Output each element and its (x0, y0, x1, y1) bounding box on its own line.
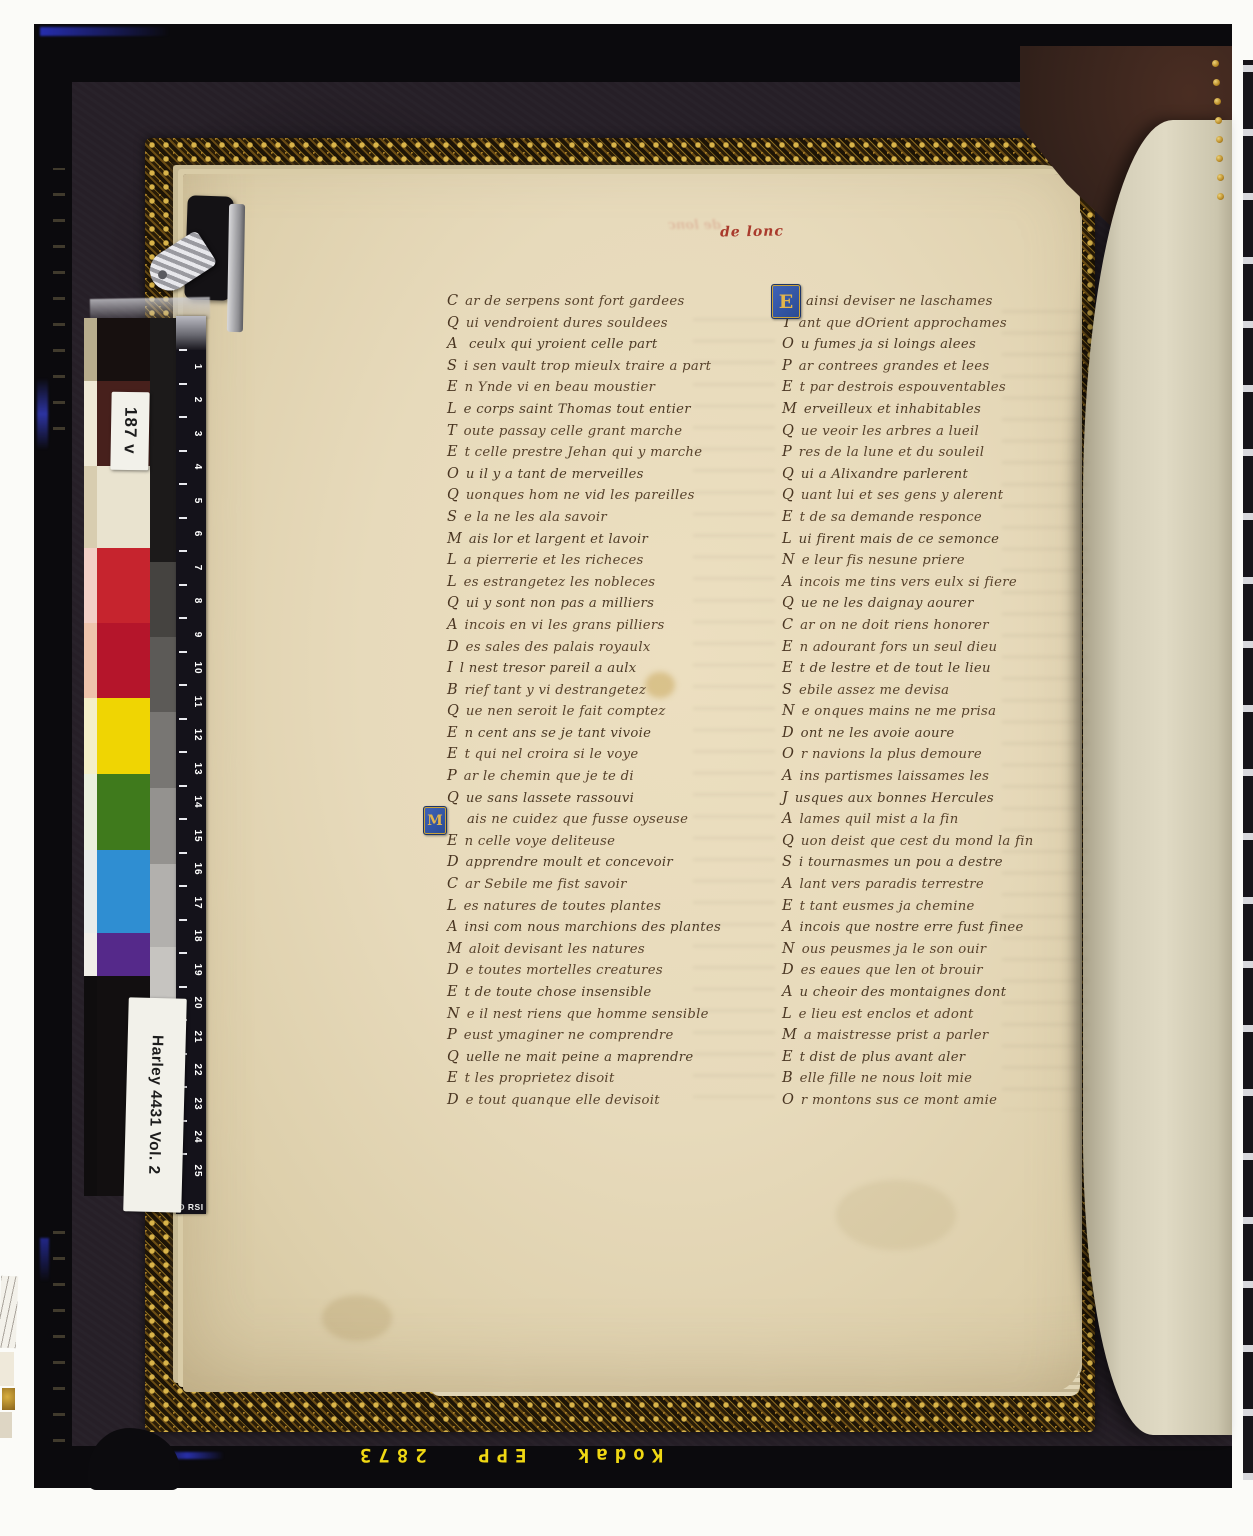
verse-line: Or montons sus ce mont amie (782, 1090, 1116, 1112)
verse-line: Des eaues que len ot brouir (782, 960, 1116, 982)
verse-line: Quon deist que cest du mond la fin (782, 831, 1116, 853)
gray-step (150, 864, 176, 947)
verse-line: Si tournasmes un pou a destre (782, 852, 1116, 874)
ruler-number: 3 (192, 430, 203, 437)
illuminated-initial-left: M (423, 806, 447, 835)
verse-line: Car on ne doit riens honorer (782, 615, 1116, 637)
verse-line: Peust ymaginer ne comprendre (447, 1025, 781, 1047)
page-stain (836, 1180, 956, 1250)
verse-line: Par contrees grandes et lees (782, 356, 1116, 378)
verse-line: Ne onques mains ne me prisa (782, 701, 1116, 723)
verse-line: Et celle prestre Jehan qui y marche (447, 442, 781, 464)
verse-line: Et de toute chose insensible (447, 982, 781, 1004)
verse-line: Ne leur fis nesune priere (782, 550, 1116, 572)
ruler-number: 9 (192, 631, 203, 638)
verse-line: Les natures de toutes plantes (447, 896, 781, 918)
verse-line: En adourant fors un seul dieu (782, 637, 1116, 659)
verse-line: ais ne cuidez que fusse oyseuse (447, 809, 781, 831)
verse-line: Jusques aux bonnes Hercules (782, 788, 1116, 810)
running-header-rubric: de lonc (720, 223, 784, 240)
edge-gold-fragment (2, 1388, 15, 1410)
shelfmark-label: Harley 4431 Vol. 2 (123, 997, 187, 1212)
ruler-number: 15 (192, 829, 203, 842)
ruler-slot: 11 (176, 685, 206, 719)
ruler-slot: 19 (176, 953, 206, 987)
verse-line: Belle fille ne nous loit mie (782, 1068, 1116, 1090)
verse-line: En celle voye deliteuse (447, 831, 781, 853)
verse-line: Maloit devisant les natures (447, 939, 781, 961)
ruler-slot: 7 (176, 551, 206, 585)
folio-number-label: 187 v (110, 392, 149, 471)
ruler-slot: 6 (176, 518, 206, 552)
page-stain (322, 1295, 392, 1341)
verse-line: Ou il y a tant de merveilles (447, 464, 781, 486)
ruler-slot: 1 (176, 350, 206, 384)
verse-line: Et de lestre et de tout le lieu (782, 658, 1116, 680)
verse-line: Et tant eusmes ja chemine (782, 896, 1116, 918)
ruler-number: 25 (192, 1164, 203, 1177)
gray-step (150, 712, 176, 788)
verse-line: Des sales des palais royaulx (447, 637, 781, 659)
ruler-number: 16 (192, 863, 203, 876)
ruler-number: 14 (192, 796, 203, 809)
verse-line: Se la ne les ala savoir (447, 507, 781, 529)
verse-line: Que ne les daignay aourer (782, 593, 1116, 615)
pale-color-patch (84, 318, 97, 381)
ruler-slot: 3 (176, 417, 206, 451)
ruler-number: 6 (192, 531, 203, 538)
film-edge-markings (53, 1228, 65, 1442)
verse-line: Que nen seroit le fait comptez (447, 701, 781, 723)
ruler-top-cap (176, 316, 206, 350)
verse-line: Lui firent mais de ce semonce (782, 529, 1116, 551)
verse-line: Quelle ne mait peine a maprendre (447, 1047, 781, 1069)
gray-step (150, 318, 176, 562)
pale-color-patch (84, 933, 97, 976)
verse-line: Ou fumes ja si loings alees (782, 334, 1116, 356)
verse-line: Et qui nel croira si le voye (447, 744, 781, 766)
pale-color-patch (84, 698, 97, 774)
ruler-number: 19 (192, 963, 203, 976)
ruler-number: 18 (192, 930, 203, 943)
verse-line: Le lieu est enclos et adont (782, 1004, 1116, 1026)
verse-line: Ma maistresse prist a parler (782, 1025, 1116, 1047)
verse-line: Et par destrois espouventables (782, 377, 1116, 399)
ruler-number: 4 (192, 464, 203, 471)
film-light-leak (40, 27, 170, 36)
verse-line: La pierrerie et les richeces (447, 550, 781, 572)
initial-letter: E (779, 291, 793, 313)
gray-step (150, 788, 176, 864)
verse-line: Nous peusmes ja le son ouir (782, 939, 1116, 961)
verse-line: ainsi deviser ne laschames (782, 291, 1116, 313)
verse-line: Alant vers paradis terrestre (782, 874, 1116, 896)
film-light-leak (37, 378, 48, 450)
verse-line: De toutes mortelles creatures (447, 960, 781, 982)
pale-color-patch (84, 774, 97, 850)
pale-color-patch (84, 466, 97, 548)
verse-line: Il nest tresor pareil a aulx (447, 658, 781, 680)
ruler-slot: 16 (176, 853, 206, 887)
film-light-leak (40, 1238, 49, 1282)
verse-line: En cent ans se je tant vivoie (447, 723, 781, 745)
verse-line: De tout quanque elle devisoit (447, 1090, 781, 1112)
pale-color-patch (84, 623, 97, 698)
pale-color-patch (84, 381, 97, 466)
ruler-slot: 14 (176, 786, 206, 820)
ruler-number: 1 (192, 363, 203, 370)
verse-line: Si sen vault trop mieulx traire a part (447, 356, 781, 378)
verse-line: Quant lui et ses gens y alerent (782, 485, 1116, 507)
color-patch (97, 548, 150, 623)
gilt-dot (1215, 117, 1222, 124)
verse-line: Qui a Alixandre parlerent (782, 464, 1116, 486)
gilt-dot (1216, 136, 1223, 143)
verse-line: Qui vendroient dures souldees (447, 313, 781, 335)
ruler-slot: 12 (176, 719, 206, 753)
ruler-number: 12 (192, 729, 203, 742)
ruler-number: 5 (192, 497, 203, 504)
verse-line: Toute passay celle grant marche (447, 421, 781, 443)
verse-line: Aincois en vi les grans pilliers (447, 615, 781, 637)
verse-line: Par le chemin que je te di (447, 766, 781, 788)
verse-line: Dapprendre moult et concevoir (447, 852, 781, 874)
manuscript-photo: de lonc de lonc Car de serpens sont fort… (0, 0, 1253, 1536)
verse-line: Et les proprietez disoit (447, 1068, 781, 1090)
initial-letter: M (427, 813, 443, 829)
ruler-number: 22 (192, 1064, 203, 1077)
edge-paper-fragment (0, 1352, 14, 1386)
verse-line: Car de serpens sont fort gardees (447, 291, 781, 313)
ruler-slot: 15 (176, 819, 206, 853)
film-brand-text: Kodak EPP 2873 (312, 1440, 704, 1470)
gray-step-wedge (150, 318, 176, 1010)
ruler-number: 21 (192, 1030, 203, 1043)
verse-line: Que veoir les arbres a lueil (782, 421, 1116, 443)
ruler-slot: 17 (176, 886, 206, 920)
ruler-number: 20 (192, 997, 203, 1010)
ruler-slot: 10 (176, 652, 206, 686)
verse-line: Le corps saint Thomas tout entier (447, 399, 781, 421)
verse-line: Aincois que nostre erre fust finee (782, 917, 1116, 939)
illuminated-initial-right: E (771, 284, 801, 319)
color-patch (97, 774, 150, 850)
verse-line: Sebile assez me devisa (782, 680, 1116, 702)
pale-color-patch (84, 976, 97, 1196)
verse-line: Et dist de plus avant aler (782, 1047, 1116, 1069)
verse-line: Et de sa demande responce (782, 507, 1116, 529)
pale-color-patch (84, 548, 97, 623)
verse-line: Car Sebile me fist savoir (447, 874, 781, 896)
ruler-number: 10 (192, 662, 203, 675)
verse-line: Dont ne les avoie aoure (782, 723, 1116, 745)
ruler-number: 13 (192, 762, 203, 775)
edge-paper-fragment (0, 1412, 12, 1438)
color-patch (97, 318, 150, 381)
text-column-left: Car de serpens sont fort gardeesQui vend… (447, 291, 781, 1112)
ruler-slot: 8 (176, 585, 206, 619)
ruler-slot: 13 (176, 752, 206, 786)
verse-line: Mais lor et largent et lavoir (447, 529, 781, 551)
verse-line: A ceulx qui yroient celle part (447, 334, 781, 356)
verse-line: Or navions la plus demoure (782, 744, 1116, 766)
color-patch (97, 623, 150, 698)
verse-line: Ainsi com nous marchions des plantes (447, 917, 781, 939)
verse-line: Alames quil mist a la fin (782, 809, 1116, 831)
verse-line: Les estrangetez les nobleces (447, 572, 781, 594)
verse-line: Pres de la lune et du souleil (782, 442, 1116, 464)
verse-line: Merveilleux et inhabitables (782, 399, 1116, 421)
verse-line: Aincois me tins vers eulx si fiere (782, 572, 1116, 594)
color-patch (97, 698, 150, 774)
gray-step (150, 562, 176, 637)
verse-line: Au cheoir des montaignes dont (782, 982, 1116, 1004)
ruler-number: 24 (192, 1131, 203, 1144)
gilt-dot (1217, 193, 1224, 200)
verse-line: Qui y sont non pas a milliers (447, 593, 781, 615)
verse-line: Brief tant y vi destrangetez (447, 680, 781, 702)
color-patch (97, 850, 150, 933)
color-patch (97, 933, 150, 976)
color-patch (97, 466, 150, 548)
page-clip-tab (227, 204, 245, 332)
verse-line: Ains partismes laissames les (782, 766, 1116, 788)
verse-line: Quonques hom ne vid les pareilles (447, 485, 781, 507)
gilt-dot (1217, 174, 1224, 181)
edge-paper-fragment (0, 1276, 18, 1349)
text-column-right: ainsi deviser ne laschamesTant que dOrie… (782, 291, 1116, 1112)
verse-line: Que sans lassete rassouvi (447, 788, 781, 810)
ruler-slot: 18 (176, 920, 206, 954)
rubric-show-through: de lonc (668, 218, 721, 233)
ruler-number: 11 (192, 695, 203, 708)
pale-patch-column (84, 318, 97, 1196)
ruler-number: 17 (192, 896, 203, 909)
ruler-slot: 2 (176, 384, 206, 418)
gilt-dot (1213, 79, 1220, 86)
verse-line: Tant que dOrient approchames (782, 313, 1116, 335)
film-perforation-strip (1243, 60, 1253, 1480)
gilt-dot (1212, 60, 1219, 67)
gray-step (150, 637, 176, 712)
gilt-dot (1214, 98, 1221, 105)
ruler-number: 23 (192, 1097, 203, 1110)
ruler-number: 2 (192, 397, 203, 404)
ruler-number: 8 (192, 598, 203, 605)
verse-line: En Ynde vi en beau moustier (447, 377, 781, 399)
ruler-number: 7 (192, 564, 203, 571)
pale-color-patch (84, 850, 97, 933)
gilt-dot (1216, 155, 1223, 162)
ruler-slot: 4 (176, 451, 206, 485)
verse-line: Ne il nest riens que homme sensible (447, 1004, 781, 1026)
ruler-slot: 9 (176, 618, 206, 652)
ruler-slot: 5 (176, 484, 206, 518)
film-edge-markings (53, 168, 65, 430)
